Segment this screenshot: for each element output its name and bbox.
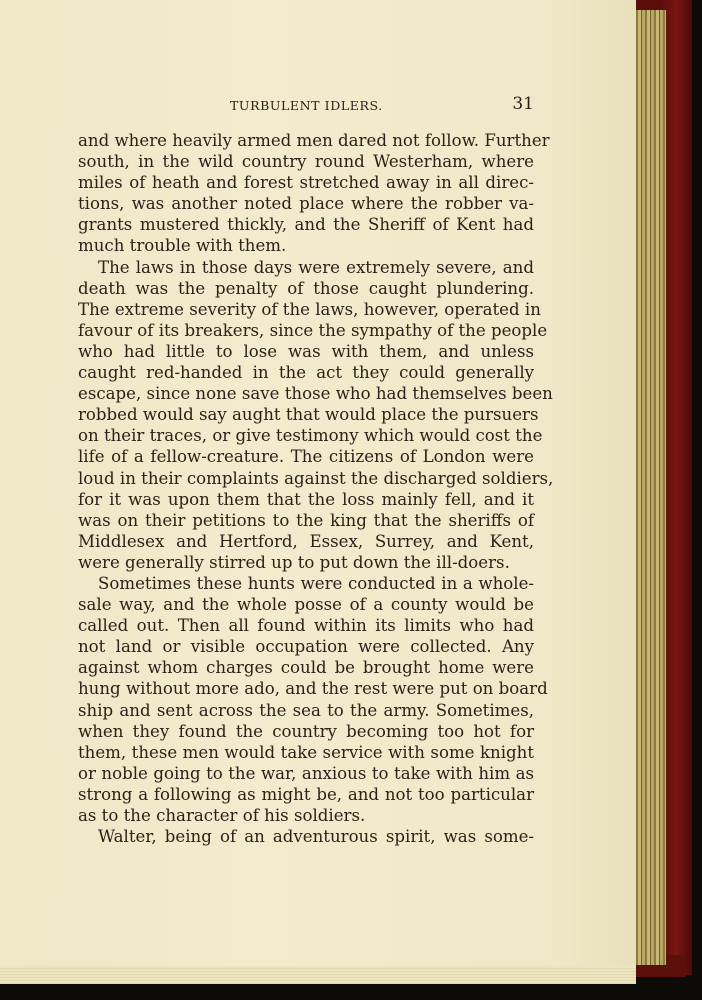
text-line: were generally stirred up to put down th…: [78, 552, 534, 573]
text-line: when they found the country becoming too…: [78, 721, 534, 742]
text-line: them, these men would take service with …: [78, 742, 534, 763]
text-line: life of a fellow-creature. The citizens …: [78, 446, 534, 467]
chapter-title: TURBULENT IDLERS.: [230, 98, 383, 113]
text-line: escape, since none save those who had th…: [78, 383, 534, 404]
text-line: The extreme severity of the laws, howeve…: [78, 299, 534, 320]
page-number: 31: [512, 94, 534, 114]
text-line: favour of its breakers, since the sympat…: [78, 320, 534, 341]
text-line: or noble going to the war, anxious to ta…: [78, 763, 534, 784]
text-line: Walter, being of an adventurous spirit, …: [78, 826, 534, 847]
text-line: was on their petitions to the king that …: [78, 510, 534, 531]
text-line: robbed would say aught that would place …: [78, 404, 534, 425]
text-line: tions, was another noted place where the…: [78, 193, 534, 214]
text-line: on their traces, or give testimony which…: [78, 425, 534, 446]
text-line: and where heavily armed men dared not fo…: [78, 130, 534, 151]
text-line: ship and sent across the sea to the army…: [78, 700, 534, 721]
page-edges: [636, 10, 666, 965]
text-line: called out. Then all found within its li…: [78, 615, 534, 636]
text-line: death was the penalty of those caught pl…: [78, 278, 534, 299]
text-line: grants mustered thickly, and the Sheriff…: [78, 214, 534, 235]
page-bottom-edge: [0, 966, 636, 984]
text-line: who had little to lose was with them, an…: [78, 341, 534, 362]
text-line: Middlesex and Hertford, Essex, Surrey, a…: [78, 531, 534, 552]
book-page: TURBULENT IDLERS. 31 and where heavily a…: [0, 0, 636, 982]
body-text: and where heavily armed men dared not fo…: [78, 130, 534, 847]
text-line: for it was upon them that the loss mainl…: [78, 489, 534, 510]
text-line: loud in their complaints against the dis…: [78, 468, 534, 489]
text-line: against whom charges could be brought ho…: [78, 657, 534, 678]
text-line: hung without more ado, and the rest were…: [78, 678, 534, 699]
text-line: much trouble with them.: [78, 235, 534, 256]
text-line: Sometimes these hunts were conducted in …: [78, 573, 534, 594]
text-line: not land or visible occupation were coll…: [78, 636, 534, 657]
text-line: sale way, and the whole posse of a count…: [78, 594, 534, 615]
text-line: strong a following as might be, and not …: [78, 784, 534, 805]
text-line: miles of heath and forest stretched away…: [78, 172, 534, 193]
text-line: caught red-handed in the act they could …: [78, 362, 534, 383]
text-line: south, in the wild country round Westerh…: [78, 151, 534, 172]
text-line: as to the character of his soldiers.: [78, 805, 534, 826]
text-line: The laws in those days were extremely se…: [78, 257, 534, 278]
running-head: TURBULENT IDLERS. 31: [78, 94, 534, 118]
